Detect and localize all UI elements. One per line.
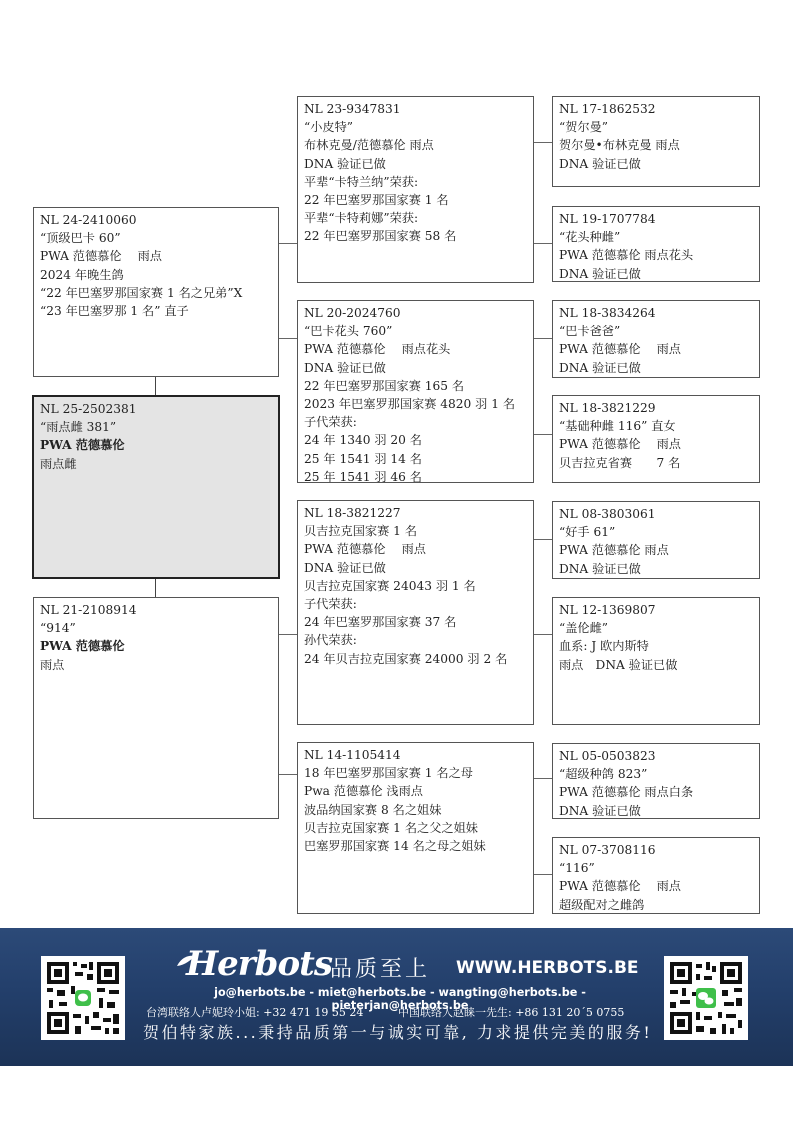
footer-banner: Herbots 品质至上 WWW.HERBOTS.BE jo@herbots.b…: [0, 928, 793, 1066]
sire-card: NL 24-2410060 “顶级巴卡 60” PWA 范德慕伦 雨点 2024…: [33, 207, 279, 377]
g3-card-4: NL 18-3821229 “基础种雌 116” 直女 PWA 范德慕伦 雨点 …: [552, 395, 760, 483]
bird-info: PWA 范德慕伦 雨点: [304, 540, 527, 558]
bird-info: PWA 范德慕伦 雨点: [559, 541, 753, 559]
bird-info: PWA 范德慕伦 雨点花头: [304, 340, 527, 358]
bird-info: 贺尔曼•布林克曼 雨点: [559, 136, 753, 154]
g3-card-7: NL 05-0503823 “超级种鸽 823” PWA 范德慕伦 雨点白条 D…: [552, 743, 760, 819]
bird-info: PWA 范德慕伦 雨点白条: [559, 783, 753, 801]
connector-subject-sire: [155, 376, 156, 396]
bird-info: 布林克曼/范德慕伦 雨点: [304, 136, 527, 154]
ring-number: NL 18-3821229: [559, 399, 753, 417]
bird-info: DNA 验证已做: [559, 560, 753, 578]
connector-g2-2a: [533, 338, 553, 339]
ring-number: NL 18-3821227: [304, 504, 527, 522]
bird-info: “22 年巴塞罗那国家赛 1 名之兄弟”X: [40, 284, 272, 302]
bird-name: “116”: [559, 859, 753, 877]
connector-dam-bottom: [278, 774, 297, 775]
bird-info: PWA 范德慕伦 雨点: [40, 247, 272, 265]
bird-info: DNA 验证已做: [304, 359, 527, 377]
dam-card: NL 21-2108914 “914” PWA 范德慕伦 雨点: [33, 597, 279, 819]
ring-number: NL 08-3803061: [559, 505, 753, 523]
connector-sire-top: [278, 243, 297, 244]
brand-logo: Herbots: [186, 944, 332, 984]
ring-number: NL 05-0503823: [559, 747, 753, 765]
bird-info: 超级配对之雌鸽: [559, 896, 753, 914]
ring-number: NL 14-1105414: [304, 746, 527, 764]
g3-card-3: NL 18-3834264 “巴卡爸爸” PWA 范德慕伦 雨点 DNA 验证已…: [552, 300, 760, 378]
bird-info: 22 年巴塞罗那国家赛 165 名: [304, 377, 527, 395]
bird-info: 22 年巴塞罗那国家赛 58 名: [304, 227, 527, 245]
bird-name: “小皮特”: [304, 118, 527, 136]
bird-info: 贝吉拉克国家赛 24043 羽 1 名: [304, 577, 527, 595]
connector-g2-4b: [533, 874, 553, 875]
g3-card-8: NL 07-3708116 “116” PWA 范德慕伦 雨点 超级配对之雌鸽: [552, 837, 760, 914]
connector-dam-top: [278, 634, 297, 635]
connector-subject-dam: [155, 578, 156, 598]
bird-info: 22 年巴塞罗那国家赛 1 名: [304, 191, 527, 209]
bird-info: “23 年巴塞罗那 1 名” 直子: [40, 302, 272, 320]
ring-number: NL 21-2108914: [40, 601, 272, 619]
brand-slogan: 品质至上: [330, 952, 430, 983]
ring-number: NL 23-9347831: [304, 100, 527, 118]
bird-info: DNA 验证已做: [304, 155, 527, 173]
ring-number: NL 19-1707784: [559, 210, 753, 228]
ring-number: NL 25-2502381: [40, 400, 272, 418]
bird-name: “顶级巴卡 60”: [40, 229, 272, 247]
bird-name: “花头种雌”: [559, 228, 753, 246]
bird-info: 24 年 1340 羽 20 名: [304, 431, 527, 449]
bird-info: 贝吉拉克国家赛 1 名之父之姐妹: [304, 819, 527, 837]
bird-info: 平辈“卡特莉娜”荣获:: [304, 209, 527, 227]
bird-info: 雨点雌: [40, 455, 272, 473]
bird-name: “贺尔曼”: [559, 118, 753, 136]
connector-g2-4a: [533, 778, 553, 779]
ring-number: NL 18-3834264: [559, 304, 753, 322]
bird-name: “超级种鸽 823”: [559, 765, 753, 783]
bird-info: 平辈“卡特兰纳”荣获:: [304, 173, 527, 191]
bird-info: 2024 年晚生鸽: [40, 266, 272, 284]
bird-info: DNA 验证已做: [304, 559, 527, 577]
g3-card-1: NL 17-1862532 “贺尔曼” 贺尔曼•布林克曼 雨点 DNA 验证已做: [552, 96, 760, 187]
website-link[interactable]: WWW.HERBOTS.BE: [456, 958, 639, 978]
bird-info: DNA 验证已做: [559, 265, 753, 282]
connector-g2-3b: [533, 634, 553, 635]
subject-card: NL 25-2502381 “雨点雌 381” PWA 范德慕伦 雨点雌: [32, 395, 280, 579]
ring-number: NL 12-1369807: [559, 601, 753, 619]
connector-g2-2b: [533, 434, 553, 435]
bird-info: PWA 范德慕伦 雨点: [559, 340, 753, 358]
bird-info: DNA 验证已做: [559, 155, 753, 173]
connector-g2-3a: [533, 539, 553, 540]
bird-info: 18 年巴塞罗那国家赛 1 名之母: [304, 764, 527, 782]
sire-sire-card: NL 23-9347831 “小皮特” 布林克曼/范德慕伦 雨点 DNA 验证已…: [297, 96, 534, 283]
g3-card-5: NL 08-3803061 “好手 61” PWA 范德慕伦 雨点 DNA 验证…: [552, 501, 760, 579]
bird-name: “盖伦雌”: [559, 619, 753, 637]
bird-info: 贝吉拉克国家赛 1 名: [304, 522, 527, 540]
connector-g2-1b: [533, 243, 553, 244]
g3-card-2: NL 19-1707784 “花头种雌” PWA 范德慕伦 雨点花头 DNA 验…: [552, 206, 760, 282]
bird-name: “好手 61”: [559, 523, 753, 541]
bird-info: 25 年 1541 羽 14 名: [304, 450, 527, 468]
bird-info: 25 年 1541 羽 46 名: [304, 468, 527, 483]
bird-info: 24 年贝吉拉克国家赛 24000 羽 2 名: [304, 650, 527, 668]
bird-name: “巴卡花头 760”: [304, 322, 527, 340]
bird-info: 子代荣获:: [304, 413, 527, 431]
bird-info: DNA 验证已做: [559, 359, 753, 377]
bird-info: PWA 范德慕伦 雨点花头: [559, 246, 753, 264]
contact-china: 中国联络人赵睐一先生: +86 131 20´5 0755: [398, 1004, 624, 1020]
bird-info: PWA 范德慕伦: [40, 637, 272, 655]
bird-name: “雨点雌 381”: [40, 418, 272, 436]
bird-info: Pwa 范德慕伦 浅雨点: [304, 782, 527, 800]
bird-info: 2023 年巴塞罗那国家赛 4820 羽 1 名: [304, 395, 527, 413]
line-qr-code: [41, 956, 125, 1040]
bird-info: DNA 验证已做: [559, 802, 753, 819]
dam-dam-card: NL 14-1105414 18 年巴塞罗那国家赛 1 名之母 Pwa 范德慕伦…: [297, 742, 534, 914]
sire-dam-card: NL 20-2024760 “巴卡花头 760” PWA 范德慕伦 雨点花头 D…: [297, 300, 534, 483]
bird-info: 巴塞罗那国家赛 14 名之母之姐妹: [304, 837, 527, 855]
bird-name: “巴卡爸爸”: [559, 322, 753, 340]
bird-name: “914”: [40, 619, 272, 637]
g3-card-6: NL 12-1369807 “盖伦雌” 血系: J 欧内斯特 雨点 DNA 验证…: [552, 597, 760, 725]
ring-number: NL 20-2024760: [304, 304, 527, 322]
bird-info: 雨点: [40, 656, 272, 674]
bird-info: PWA 范德慕伦: [40, 436, 272, 454]
bird-info: 子代荣获:: [304, 595, 527, 613]
contact-taiwan: 台湾联络人卢妮玲小姐: +32 471 19 55 24: [146, 1004, 363, 1020]
company-motto: 贺伯特家族...秉持品质第一与诚实可靠, 力求提供完美的服务!: [143, 1020, 652, 1043]
connector-g2-1a: [533, 142, 553, 143]
connector-sire-bottom: [278, 338, 297, 339]
ring-number: NL 07-3708116: [559, 841, 753, 859]
ring-number: NL 24-2410060: [40, 211, 272, 229]
dam-sire-card: NL 18-3821227 贝吉拉克国家赛 1 名 PWA 范德慕伦 雨点 DN…: [297, 500, 534, 725]
bird-info: PWA 范德慕伦 雨点: [559, 435, 753, 453]
bird-info: 24 年巴塞罗那国家赛 37 名: [304, 613, 527, 631]
bird-info: PWA 范德慕伦 雨点: [559, 877, 753, 895]
wechat-qr-code: [664, 956, 748, 1040]
bird-info: 雨点 DNA 验证已做: [559, 656, 753, 674]
bird-info: 波品纳国家赛 8 名之姐妹: [304, 801, 527, 819]
ring-number: NL 17-1862532: [559, 100, 753, 118]
bird-info: 血系: J 欧内斯特: [559, 637, 753, 655]
bird-info: 贝吉拉克省赛 7 名: [559, 454, 753, 472]
bird-info: 孙代荣获:: [304, 631, 527, 649]
bird-name: “基础种雌 116” 直女: [559, 417, 753, 435]
